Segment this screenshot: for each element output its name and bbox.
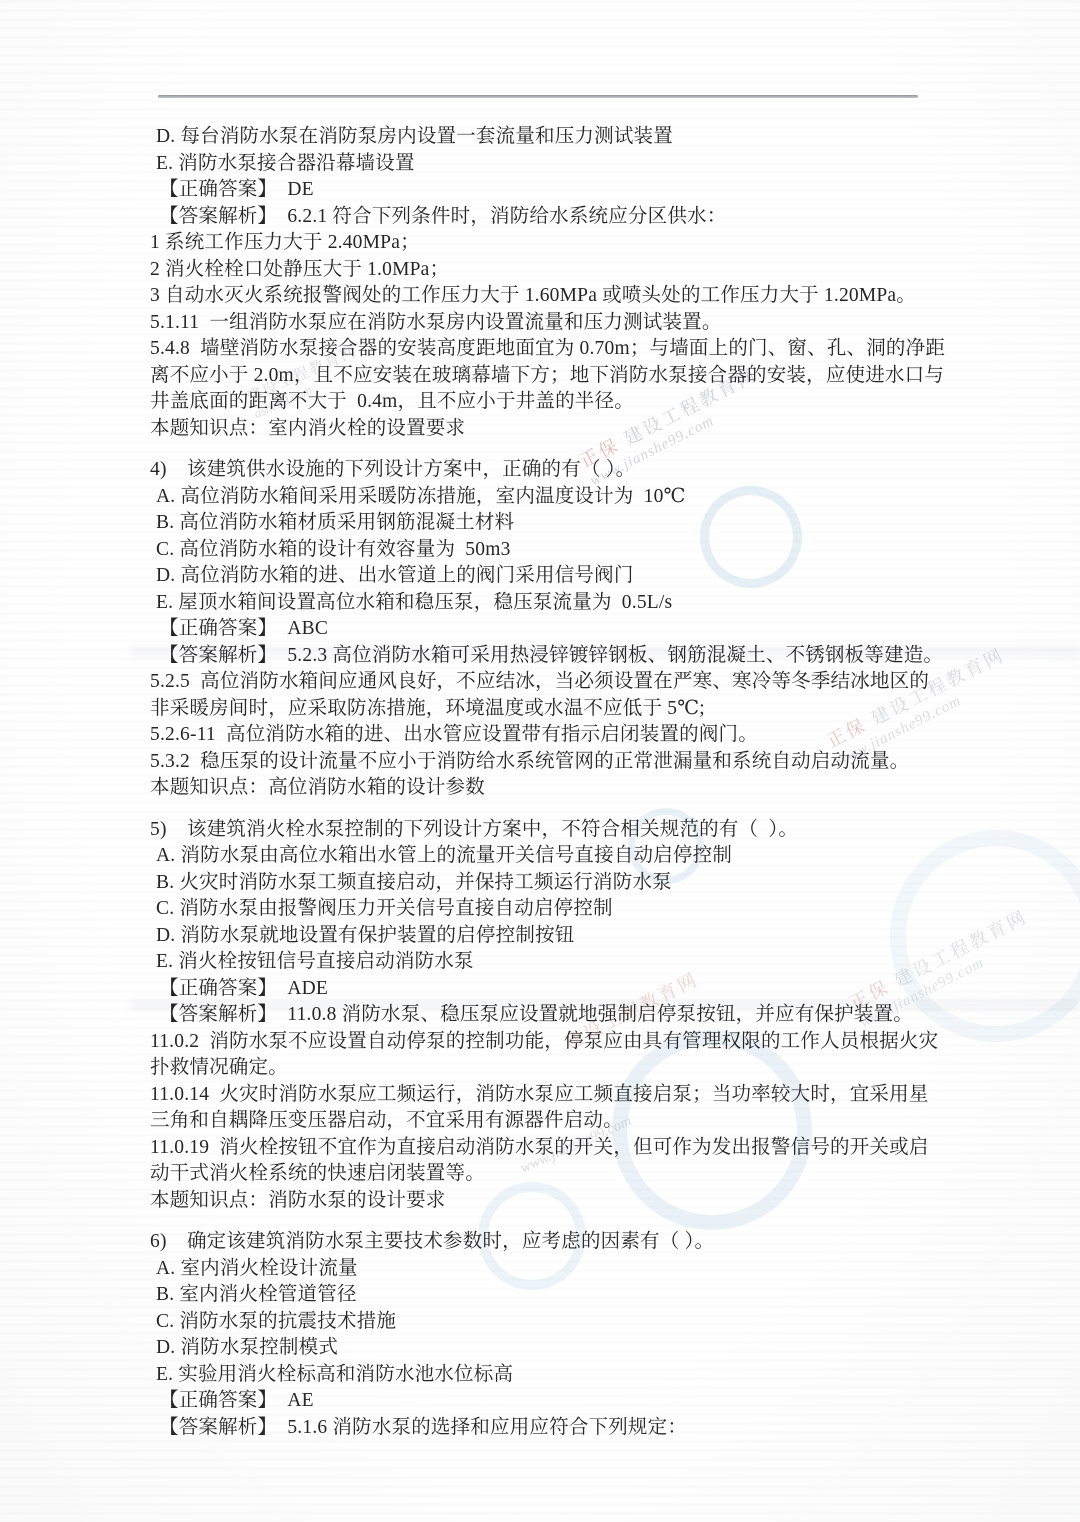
option-c: C. 消防水泵的抗震技术措施: [150, 1309, 1030, 1336]
knowledge-point: 本题知识点：高位消防水箱的设计参数: [150, 775, 1030, 802]
option-d: D. 消防水泵控制模式: [150, 1335, 1030, 1362]
answer-analysis: 【答案解析】 5.2.3 高位消防水箱可采用热浸锌镀锌钢板、钢筋混凝土、不锈钢板…: [150, 643, 1030, 670]
answer-analysis: 【答案解析】 11.0.8 消防水泵、稳压泵应设置就地强制启停泵按钮，并应有保护…: [150, 1002, 1030, 1029]
question-6-title: 6) 确定该建筑消防水泵主要技术参数时，应考虑的因素有（ ）。: [150, 1229, 1030, 1256]
option-b: B. 火灾时消防水泵工频直接启动，并保持工频运行消防水泵: [150, 870, 1030, 897]
text-line: 5.1.11 一组消防水泵应在消防水泵房内设置流量和压力测试装置。: [150, 310, 1030, 337]
option-a: A. 室内消火栓设计流量: [150, 1256, 1030, 1283]
option-c: C. 消防水泵由报警阀压力开关信号直接自动启停控制: [150, 896, 1030, 923]
option-e: E. 屋顶水箱间设置高位水箱和稳压泵，稳压泵流量为 0.5L/s: [150, 590, 1030, 617]
text-line: 1 系统工作压力大于 2.40MPa；: [150, 230, 1030, 257]
correct-answer: 【正确答案】 ABC: [150, 616, 1030, 643]
top-divider: [158, 95, 918, 98]
option-d: D. 消防水泵就地设置有保护装置的启停控制按钮: [150, 923, 1030, 950]
text-line: 3 自动水灭火系统报警阀处的工作压力大于 1.60MPa 或喷头处的工作压力大于…: [150, 283, 1030, 310]
text-line: 11.0.19 消火栓按钮不宜作为直接启动消防水泵的开关，但可作为发出报警信号的…: [150, 1135, 1030, 1162]
question-6-block: 6) 确定该建筑消防水泵主要技术参数时，应考虑的因素有（ ）。 A. 室内消火栓…: [150, 1229, 1030, 1441]
knowledge-point: 本题知识点：消防水泵的设计要求: [150, 1188, 1030, 1215]
question-4-title: 4) 该建筑供水设施的下列设计方案中，正确的有（ ）。: [150, 457, 1030, 484]
text-line: 2 消火栓栓口处静压大于 1.0MPa；: [150, 257, 1030, 284]
text-line: 离不应小于 2.0m，且不应安装在玻璃幕墙下方；地下消防水泵接合器的安装，应使进…: [150, 363, 1030, 390]
option-d: D. 每台消防水泵在消防泵房内设置一套流量和压力测试装置: [150, 124, 1030, 151]
option-b: B. 高位消防水箱材质采用钢筋混凝土材料: [150, 510, 1030, 537]
text-line: 5.2.6-11 高位消防水箱的进、出水管应设置带有指示启闭装置的阀门。: [150, 722, 1030, 749]
knowledge-point: 本题知识点：室内消火栓的设置要求: [150, 416, 1030, 443]
document-page: 建设工程教育网 ashe99.com 正保 建设工程教育网 www.jiansh…: [0, 0, 1080, 1522]
text-line: 井盖底面的距离不大于 0.4m，且不应小于井盖的半径。: [150, 389, 1030, 416]
question-3-answer-block: D. 每台消防水泵在消防泵房内设置一套流量和压力测试装置 E. 消防水泵接合器沿…: [150, 124, 1030, 442]
option-e: E. 实验用消火栓标高和消防水池水位标高: [150, 1362, 1030, 1389]
option-a: A. 消防水泵由高位水箱出水管上的流量开关信号直接自动启停控制: [150, 843, 1030, 870]
text-line: 5.4.8 墙壁消防水泵接合器的安装高度距地面宜为 0.70m；与墙面上的门、窗…: [150, 336, 1030, 363]
text-line: 5.3.2 稳压泵的设计流量不应小于消防给水系统管网的正常泄漏量和系统自动启动流…: [150, 749, 1030, 776]
question-4-block: 4) 该建筑供水设施的下列设计方案中，正确的有（ ）。 A. 高位消防水箱间采用…: [150, 457, 1030, 802]
answer-analysis: 【答案解析】 5.1.6 消防水泵的选择和应用应符合下列规定：: [150, 1415, 1030, 1442]
document-text: D. 每台消防水泵在消防泵房内设置一套流量和压力测试装置 E. 消防水泵接合器沿…: [150, 124, 1030, 1441]
question-5-block: 5) 该建筑消火栓水泵控制的下列设计方案中，不符合相关规范的有（ ）。 A. 消…: [150, 817, 1030, 1215]
answer-analysis: 【答案解析】 6.2.1 符合下列条件时，消防给水系统应分区供水：: [150, 204, 1030, 231]
text-line: 三角和自耦降压变压器启动，不宜采用有源器件启动。: [150, 1108, 1030, 1135]
option-b: B. 室内消火栓管道管径: [150, 1282, 1030, 1309]
question-5-title: 5) 该建筑消火栓水泵控制的下列设计方案中，不符合相关规范的有（ ）。: [150, 817, 1030, 844]
text-line: 动干式消火栓系统的快速启闭装置等。: [150, 1161, 1030, 1188]
text-line: 非采暖房间时，应采取防冻措施，环境温度或水温不应低于 5℃;: [150, 696, 1030, 723]
option-a: A. 高位消防水箱间采用采暖防冻措施，室内温度设计为 10℃: [150, 484, 1030, 511]
text-line: 11.0.2 消防水泵不应设置自动停泵的控制功能，停泵应由具有管理权限的工作人员…: [150, 1029, 1030, 1056]
option-d: D. 高位消防水箱的进、出水管道上的阀门采用信号阀门: [150, 563, 1030, 590]
text-line: 扑救情况确定。: [150, 1055, 1030, 1082]
option-e: E. 消火栓按钮信号直接启动消防水泵: [150, 949, 1030, 976]
text-line: 5.2.5 高位消防水箱间应通风良好，不应结冰，当必须设置在严寒、寒冷等冬季结冰…: [150, 669, 1030, 696]
option-c: C. 高位消防水箱的设计有效容量为 50m3: [150, 537, 1030, 564]
option-e: E. 消防水泵接合器沿幕墙设置: [150, 151, 1030, 178]
correct-answer: 【正确答案】 ADE: [150, 976, 1030, 1003]
text-line: 11.0.14 火灾时消防水泵应工频运行，消防水泵应工频直接启泵；当功率较大时，…: [150, 1082, 1030, 1109]
correct-answer: 【正确答案】 AE: [150, 1388, 1030, 1415]
correct-answer: 【正确答案】 DE: [150, 177, 1030, 204]
